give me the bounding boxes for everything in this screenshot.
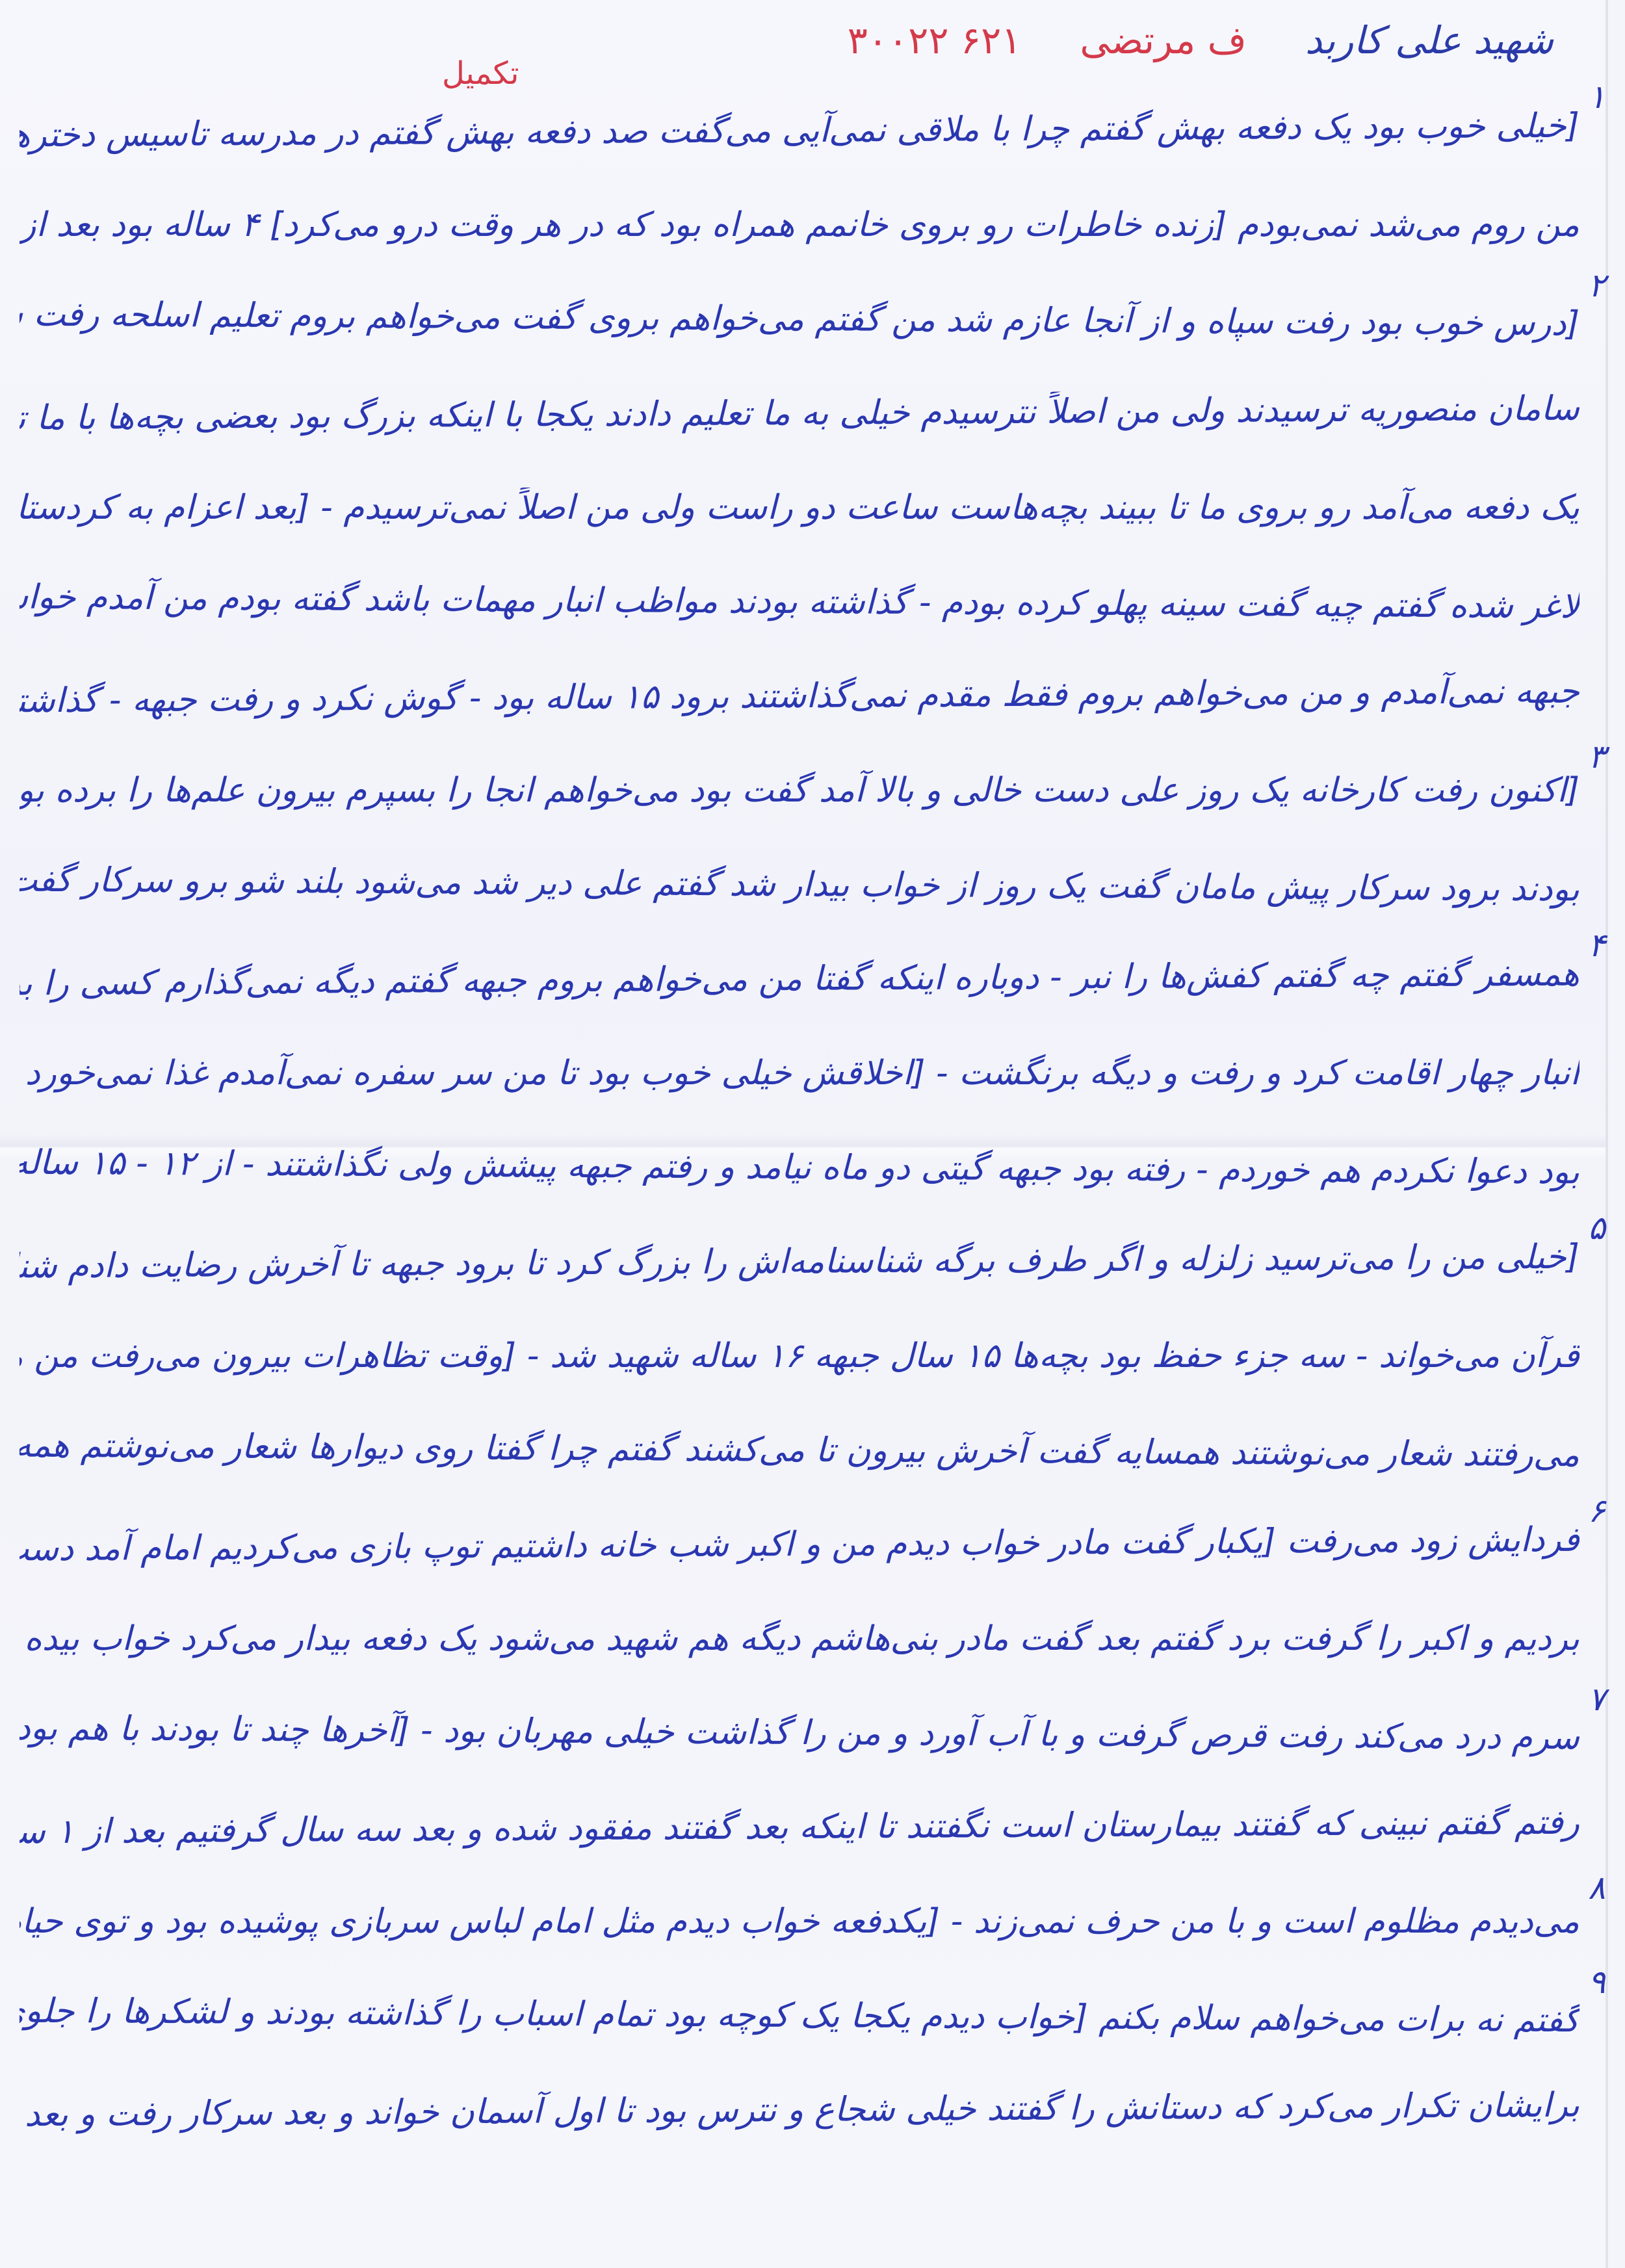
document-title: شهید علی کاربد (1305, 18, 1553, 62)
margin-number: ۱ (1588, 78, 1605, 116)
handwritten-line: یک دفعه می‌آمد رو بروی ما تا ببیند بچه‌ه… (19, 488, 1579, 528)
margin-number: ۳ (1588, 738, 1605, 776)
handwritten-line: من روم می‌شد نمی‌بودم [زنده خاطرات رو بر… (19, 205, 1579, 245)
margin-number: ۸ (1588, 1869, 1605, 1907)
document-code: ۶۲۱ ۳۰۰۲۲ (848, 18, 1022, 62)
handwritten-line: انبار چهار اقامت کرد و رفت و دیگه برنگشت… (19, 1053, 1579, 1093)
margin-number: ۶ (1588, 1492, 1605, 1530)
margin-number: ۲ (1588, 267, 1605, 304)
document-header: شهید علی کاربد ف مرتضی ۶۲۱ ۳۰۰۲۲ (848, 18, 1553, 62)
margin-number: ۹ (1588, 1963, 1605, 2001)
margin-number: ۵ (1588, 1209, 1605, 1247)
handwritten-line: می‌دیدم مظلوم است و با من حرف نمی‌زند - … (19, 1901, 1579, 1942)
handwritten-line: [اکنون رفت کارخانه یک روز علی دست خالی و… (19, 770, 1579, 811)
status-note: تکمیل (442, 55, 519, 92)
margin-number: ۷ (1588, 1680, 1605, 1718)
interviewer-name: ف مرتضی (1080, 18, 1246, 62)
handwritten-line: قرآن می‌خواند - سه جزء حفظ بود بچه‌ها ۱۵… (19, 1336, 1579, 1376)
margin-number: ۴ (1588, 926, 1605, 964)
handwritten-line: بردیم و اکبر را گرفت برد گفتم بعد گفت ما… (19, 1619, 1579, 1659)
